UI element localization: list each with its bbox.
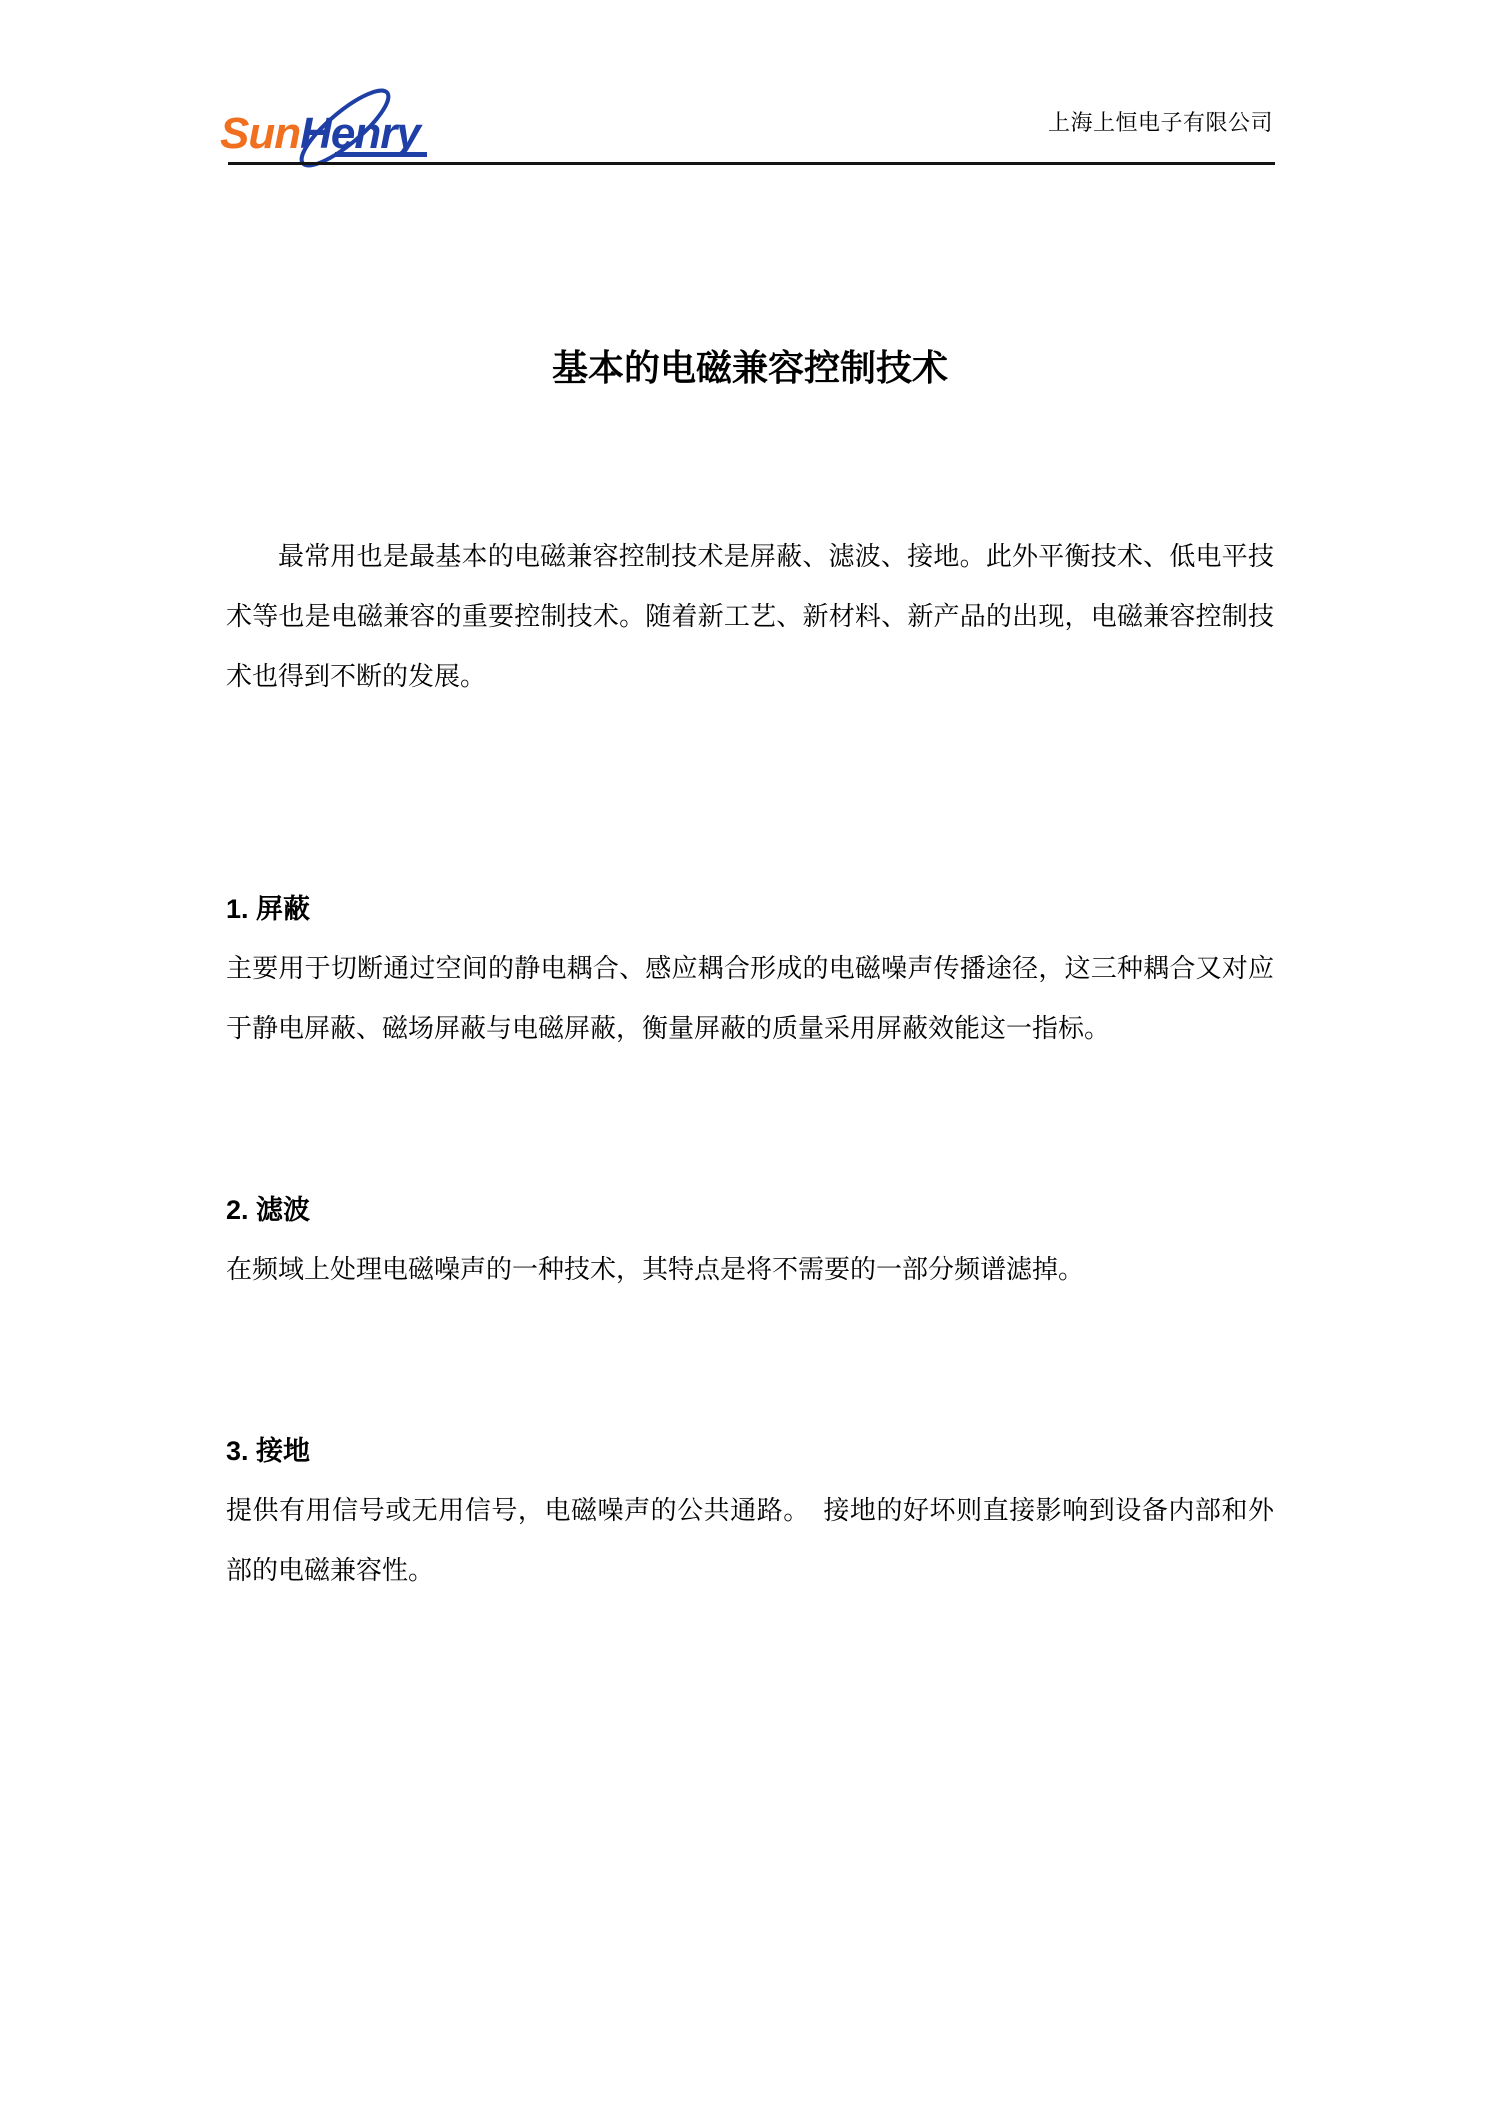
section-body-2: 在频域上处理电磁噪声的一种技术，其特点是将不需要的一部分频谱滤掉。 (226, 1240, 1274, 1300)
section-heading-1: 1. 屏蔽 (226, 879, 1274, 939)
section-grounding: 3. 接地 提供有用信号或无用信号，电磁噪声的公共通路。 接地的好坏则直接影响到… (226, 1421, 1274, 1601)
page-title: 基本的电磁兼容控制技术 (226, 346, 1274, 390)
section-filtering: 2. 滤波 在频域上处理电磁噪声的一种技术，其特点是将不需要的一部分频谱滤掉。 (226, 1180, 1274, 1300)
section-heading-2: 2. 滤波 (226, 1180, 1274, 1240)
document-page: SunHenry 上海上恒电子有限公司 基本的电磁兼容控制技术 最常用也是最基本… (0, 0, 1500, 2121)
section-shielding: 1. 屏蔽 主要用于切断通过空间的静电耦合、感应耦合形成的电磁噪声传播途径，这三… (226, 879, 1274, 1059)
section-body-1: 主要用于切断通过空间的静电耦合、感应耦合形成的电磁噪声传播途径，这三种耦合又对应… (226, 939, 1274, 1059)
section-heading-3: 3. 接地 (226, 1421, 1274, 1481)
document-body: 基本的电磁兼容控制技术 最常用也是最基本的电磁兼容控制技术是屏蔽、滤波、接地。此… (226, 0, 1274, 1601)
intro-paragraph: 最常用也是最基本的电磁兼容控制技术是屏蔽、滤波、接地。此外平衡技术、低电平技术等… (226, 527, 1274, 707)
section-body-3: 提供有用信号或无用信号，电磁噪声的公共通路。 接地的好坏则直接影响到设备内部和外… (226, 1481, 1274, 1601)
